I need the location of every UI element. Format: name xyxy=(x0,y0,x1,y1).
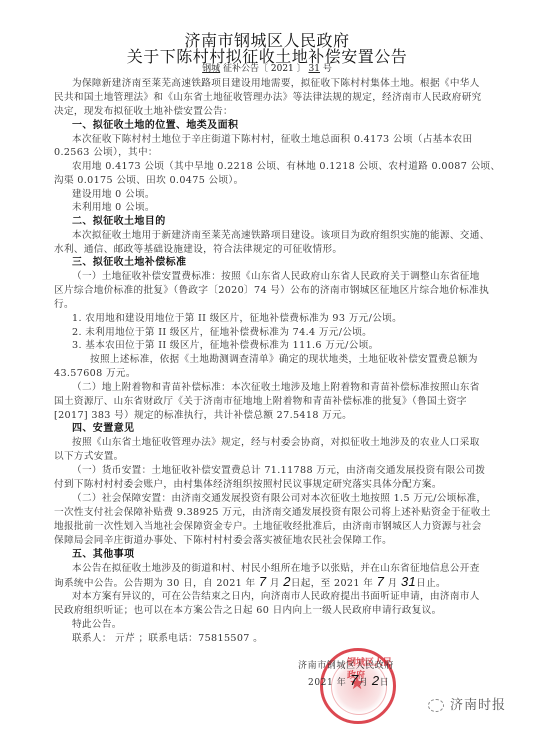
section4-line: （一）货币安置：土地征收补偿安置费总计 71.11788 万元，由济南交通发展投… xyxy=(72,465,485,477)
period-text: 月 xyxy=(270,578,280,589)
handwritten-date-day: 2 xyxy=(372,673,380,688)
section5-line: 本公告在拟征收土地涉及的街道和村、村民小组所在地予以张贴，并在山东省征地信息公开… xyxy=(72,563,480,575)
period-text: 日起，至 2021 年 xyxy=(291,578,373,589)
section5-line: 对本方案有异议的，可在公告结束之日内，向济南市人民政府提出书面听证申请，由济南市… xyxy=(72,591,480,603)
section1-line: 未利用地 0 公顷。 xyxy=(72,202,155,214)
section3-line: [2017] 383 号）规定的标准执行，共计补偿总额 27.5418 万元。 xyxy=(54,410,352,422)
section2-heading: 二、拟征收土地目的 xyxy=(72,216,166,228)
closing-text: 特此公告。 xyxy=(72,619,122,631)
section4-line: 一次性支付社会保障补贴费 9.38925 万元，由济南交通发展投资有限公司将上述… xyxy=(54,507,491,519)
period-text: 月 xyxy=(388,578,398,589)
period-text: 询系统中公告。公告期为 30 日，自 2021 年 xyxy=(54,578,255,589)
section5-heading: 五、其他事项 xyxy=(72,549,134,561)
handwritten-month-start: 7 xyxy=(259,574,267,589)
section1-line: 沟渠 0.0175 公顷、田坎 0.0475 公顷）。 xyxy=(54,175,244,187)
section4-line: （二）社会保障安置：由济南交通发展投资有限公司对本次征收土地按照 1.5 万元/… xyxy=(72,493,487,505)
section3-line: 按照上述标准，依据《土地勘测调查清单》确定的现状地类，土地征收补偿安置费总额为 xyxy=(90,354,478,366)
signature-date: 2021 年 7月 2日 xyxy=(308,675,389,689)
period-text: 日止。 xyxy=(416,578,446,589)
doc-prefix: 钢城 xyxy=(202,64,220,74)
section4-heading: 四、安置意见 xyxy=(72,423,134,435)
watermark: 济南时报 xyxy=(428,694,506,713)
section1-heading: 一、拟征收土地的位置、地类及面积 xyxy=(72,120,238,132)
section4-line: 保障局会同辛庄街道办事处、下陈村村村委会落实被征地农民社会保障工作。 xyxy=(54,535,392,547)
section3-line: 3. 基本农田位于第 II 级区片，征地补偿费标准为 111.6 万元/公顷。 xyxy=(72,340,379,352)
section3-line: 1. 农用地和建设用地位于第 II 级区片，征地补偿费标准为 93 万元/公顷。 xyxy=(72,313,402,325)
intro-line: 民共和国土地管理法》和《山东省土地征收管理办法》等法律法规的规定，经济南市人民政… xyxy=(54,92,482,104)
section3-line: 区片综合地价标准的批复》（鲁政字〔2020〕74 号）公布的济南市钢城区征地区片… xyxy=(54,285,489,297)
section3-heading: 三、拟征收土地补偿标准 xyxy=(72,257,186,269)
contact-info: 联系人： 亓芹 ；联系电话：75815507 。 xyxy=(72,633,263,645)
doc-number-value: 31 xyxy=(309,64,320,74)
section1-line: 农用地 0.4173 公顷（其中旱地 0.2218 公顷、有林地 0.1218 … xyxy=(72,161,500,173)
document-title-line2: 关于下陈村村拟征收土地补偿安置公告 xyxy=(0,49,534,65)
section5-period-line: 询系统中公告。公告期为 30 日，自 2021 年 7 月 2日起，至 2021… xyxy=(54,576,446,590)
doc-type: 征补公告〔 2021 〕 xyxy=(223,64,306,74)
section2-line: 水利、通信、邮政等基础设施建设，符合法律规定的可征收情形。 xyxy=(54,244,342,256)
section4-line: 按照《山东省土地征收管理办法》规定，经与村委会协商，对拟征收土地涉及的农业人口采… xyxy=(72,437,480,449)
handwritten-month-end: 7 xyxy=(377,574,385,589)
handwritten-day-end: 31 xyxy=(401,574,416,589)
section1-line: 0.2563 公顷），其中： xyxy=(54,147,158,159)
date-month-label: 月 xyxy=(359,678,369,688)
section3-line: （一）土地征收补偿安置费标准：按照《山东省人民政府山东省人民政府关于调整山东省征… xyxy=(72,271,480,283)
signature-org: 济南市钢城区人民政府 xyxy=(298,660,394,672)
date-day-label: 日 xyxy=(380,678,390,688)
section4-line: 地报批前一次性划入当地社会保障资金专户。土地征收经批准后，由济南市钢城区人力资源… xyxy=(54,521,482,533)
section3-line: 2. 未利用地位于第 II 级区片，征地补偿费标准为 74.4 万元/公顷。 xyxy=(72,327,372,339)
section3-line: 行。 xyxy=(54,299,74,311)
section3-line: 43.57608 万元。 xyxy=(54,368,136,380)
intro-line: 决定，现发布拟征收土地补偿安置公告： xyxy=(54,106,233,118)
wechat-icon xyxy=(428,699,444,712)
section1-line: 本次征收下陈村村土地位于辛庄街道下陈村村，征收土地总面积 0.4173 公顷（占… xyxy=(72,134,472,146)
section2-line: 本次拟征收土地用于新建济南至莱芜高速铁路项目建设。该项目为政府组织实施的能源、交… xyxy=(72,230,490,242)
section4-line: 以下方式安置。 xyxy=(54,451,124,463)
section3-line: 国土资源厅、山东省财政厅《关于济南市征地地上附着物和青苗补偿标准的批复》（鲁国土… xyxy=(54,396,467,408)
doc-suffix: 号 xyxy=(323,64,332,74)
document-number: 钢城 征补公告〔 2021 〕 31 号 xyxy=(0,64,534,75)
watermark-text: 济南时报 xyxy=(450,698,506,713)
date-year: 2021 年 xyxy=(308,678,346,688)
handwritten-date-month: 7 xyxy=(350,672,359,689)
section4-line: 付到下陈村村村委会账户，由村集体经济组织按照村民议事规定研究落实具体分配方案。 xyxy=(54,479,442,491)
handwritten-day-start: 2 xyxy=(283,574,291,589)
intro-line: 为保障新建济南至莱芜高速铁路项目建设用地需要，拟征收下陈村村集体土地。根据《中华… xyxy=(72,78,480,90)
section1-line: 建设用地 0 公顷。 xyxy=(72,189,155,201)
section5-line: 民政府组织听证；也可以在本方案公告之日起 60 日内向上一级人民政府申请行政复议… xyxy=(54,605,442,617)
section3-line: （二）地上附着物和青苗补偿标准：本次征收土地涉及地上附着物和青苗补偿标准按照山东… xyxy=(72,382,480,394)
